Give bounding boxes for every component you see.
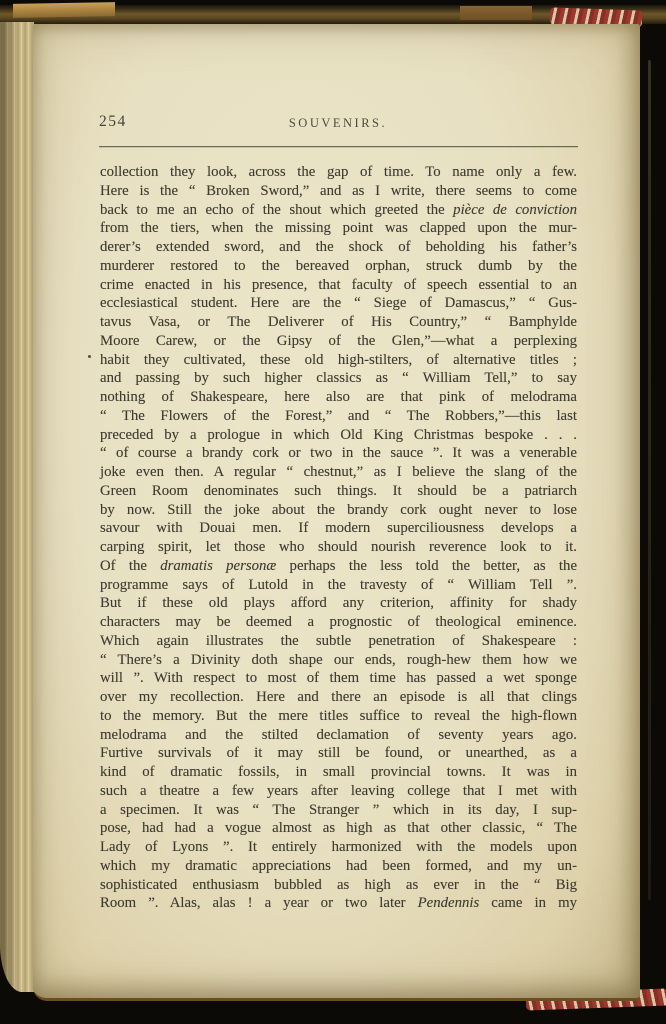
gold-foil-patch-right — [460, 6, 532, 20]
text-line: nothing of Shakespeare, here also are th… — [100, 388, 577, 407]
text-line: from the tiers, when the missing point w… — [100, 219, 577, 238]
text-line: savour with Douai men. If modern superci… — [100, 519, 577, 538]
text-line: carping spirit, let those who should nou… — [100, 538, 577, 557]
text-line: collection they look, across the gap of … — [100, 163, 577, 182]
book-page: 254 SOUVENIRS. collection they look, acr… — [33, 24, 640, 1001]
text-line: “ The Flowers of the Forest,” and “ The … — [100, 407, 577, 426]
text-line: characters may be deemed a prognostic of… — [100, 613, 577, 632]
text-line: back to me an echo of the shout which gr… — [100, 201, 577, 220]
text-line: Which again illustrates the subtle penet… — [100, 632, 577, 651]
text-line: to the memory. But the mere titles suffi… — [100, 707, 577, 726]
text-line: joke even then. A regular “ chestnut,” a… — [100, 463, 577, 482]
text-line: derer’s extended sword, and the shock of… — [100, 238, 577, 257]
text-line: sophisticated enthusiasm bubbled as high… — [100, 876, 577, 895]
text-line: Room ”. Alas, alas ! a year or two later… — [100, 894, 577, 913]
running-head: SOUVENIRS. — [99, 116, 577, 131]
text-line: ecclesiastical student. Here are the “ S… — [100, 294, 577, 313]
text-line: preceded by a prologue in which Old King… — [100, 426, 577, 445]
body-text: collection they look, across the gap of … — [100, 163, 577, 913]
margin-print-mark — [88, 355, 91, 358]
text-line: over my recollection. Here and there an … — [100, 688, 577, 707]
fore-edge-sliver — [648, 60, 651, 900]
text-line: kind of dramatic fossils, in small provi… — [100, 763, 577, 782]
stacked-page-edges — [0, 22, 34, 992]
text-line: tavus Vasa, or The Deliverer of His Coun… — [100, 313, 577, 332]
text-line: such a theatre a few years after leaving… — [100, 782, 577, 801]
text-line: and passing by such higher classics as “… — [100, 369, 577, 388]
book-photo-scene: 254 SOUVENIRS. collection they look, acr… — [0, 0, 666, 1024]
text-line: melodrama and the stilted declamation of… — [100, 726, 577, 745]
text-line: by now. Still the joke about the brandy … — [100, 501, 577, 520]
text-line: a specimen. It was “ The Stranger ” whic… — [100, 801, 577, 820]
text-line: pose, had had a vogue almost as high as … — [100, 819, 577, 838]
text-line: Here is the “ Broken Sword,” and as I wr… — [100, 182, 577, 201]
text-line: Green Room denominates such things. It s… — [100, 482, 577, 501]
text-line: habit they cultivated, these old high-st… — [100, 351, 577, 370]
text-line: “ of course a brandy cork or two in the … — [100, 444, 577, 463]
text-line: programme says of Lutold in the travesty… — [100, 576, 577, 595]
text-line: Moore Carew, or the Gipsy of the Glen,”—… — [100, 332, 577, 351]
text-line: will ”. With respect to most of them tim… — [100, 669, 577, 688]
text-line: But if these old plays afford any criter… — [100, 594, 577, 613]
text-line: which my dramatic appreciations had been… — [100, 857, 577, 876]
text-line: murderer restored to the bereaved orphan… — [100, 257, 577, 276]
text-line: “ There’s a Divinity doth shape our ends… — [100, 651, 577, 670]
text-line: Lady of Lyons ”. It entirely harmonized … — [100, 838, 577, 857]
gold-foil-patch — [13, 2, 115, 18]
header-rule — [99, 146, 578, 147]
text-line: Of the dramatis personæ perhaps the less… — [100, 557, 577, 576]
text-line: Furtive survivals of it may still be fou… — [100, 744, 577, 763]
text-line: crime enacted in his presence, that facu… — [100, 276, 577, 295]
